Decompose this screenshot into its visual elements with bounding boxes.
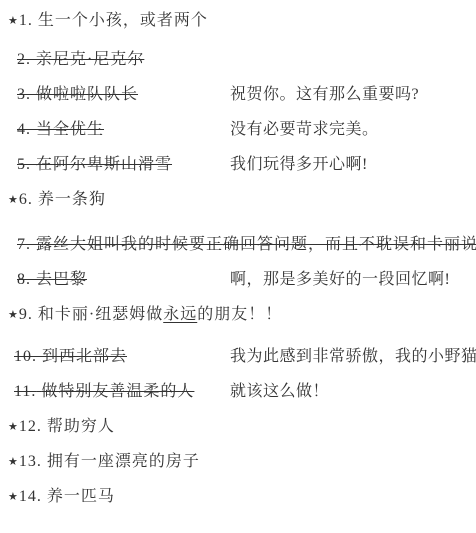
item-text: 在阿尔卑斯山滑雪 (36, 156, 172, 173)
list-item-entry: ★1. 生一个小孩，或者两个 (8, 12, 208, 29)
list-item: ★13. 拥有一座漂亮的房子 (8, 444, 476, 479)
list-item-entry: ★12. 帮助穷人 (8, 418, 115, 435)
list-item: 4. 当全优生 没有必要苛求完美。 (8, 112, 476, 147)
list-item-entry: 8. 去巴黎 (17, 271, 87, 288)
list-item: 10. 到西北部去 我为此感到非常骄傲，我的小野猫! (8, 339, 476, 374)
list-item: 5. 在阿尔卑斯山滑雪 我们玩得多开心啊! (8, 147, 476, 182)
star-icon: ★ (8, 456, 18, 468)
list-item-entry: 2. 亲尼克·尼克尔 (17, 51, 144, 68)
item-number: 7. (17, 236, 31, 253)
list-item: ★9. 和卡丽·纽瑟姆做永远的朋友！！ (8, 297, 476, 332)
star-icon: ★ (8, 15, 18, 27)
annotation-comment: 祝贺你。这有那么重要吗? (230, 77, 419, 112)
item-text-pre: 和卡丽·纽瑟姆做 (38, 306, 163, 323)
list-item: ★14. 养一匹马 (8, 479, 476, 514)
item-text: 去巴黎 (36, 271, 87, 288)
item-number: 13. (19, 453, 42, 470)
list-item-entry: 3. 做啦啦队队长 (17, 86, 138, 103)
annotation-comment: 没有必要苛求完美。 (230, 112, 379, 147)
item-text: 做特别友善温柔的人 (41, 383, 194, 400)
list-item: 2. 亲尼克·尼克尔 (8, 42, 476, 77)
item-text: 亲尼克·尼克尔 (36, 51, 144, 68)
item-number: 2. (17, 51, 31, 68)
item-text: 露丝大姐叫我的时候要正确回答问题，而且不耽误和卡丽说话 (36, 236, 476, 253)
item-number: 10. (14, 348, 37, 365)
item-number: 3. (17, 86, 31, 103)
item-text-underlined: 永远 (163, 306, 197, 323)
item-number: 6. (19, 191, 33, 208)
list-item-entry: 4. 当全优生 (17, 121, 104, 138)
item-text: 养一条狗 (38, 191, 106, 208)
item-text: 养一匹马 (47, 488, 115, 505)
star-icon: ★ (8, 491, 18, 503)
list-item-entry: 10. 到西北部去 (14, 348, 127, 365)
item-text: 帮助穷人 (47, 418, 115, 435)
annotation-comment: 啊，那是多美好的一段回忆啊! (230, 262, 450, 297)
list-item-entry: ★6. 养一条狗 (8, 191, 106, 208)
list-item-entry: 7. 露丝大姐叫我的时候要正确回答问题，而且不耽误和卡丽说话 (17, 236, 476, 253)
item-text: 生一个小孩，或者两个 (38, 12, 208, 29)
item-number: 9. (19, 306, 33, 323)
item-text: 当全优生 (36, 121, 104, 138)
item-number: 5. (17, 156, 31, 173)
list-item-entry: ★14. 养一匹马 (8, 488, 115, 505)
list-item-entry: ★13. 拥有一座漂亮的房子 (8, 453, 200, 470)
list-item: ★12. 帮助穷人 (8, 409, 476, 444)
list-item-entry: ★9. 和卡丽·纽瑟姆做永远的朋友！！ (8, 306, 282, 323)
annotation-comment: 我们玩得多开心啊! (230, 147, 368, 182)
item-number: 12. (19, 418, 42, 435)
item-text: 到西北部去 (42, 348, 127, 365)
star-icon: ★ (8, 194, 18, 206)
item-text: 做啦啦队队长 (36, 86, 138, 103)
item-number: 14. (19, 488, 42, 505)
item-text: 拥有一座漂亮的房子 (47, 453, 200, 470)
star-icon: ★ (8, 309, 18, 321)
list-item: ★6. 养一条狗 (8, 182, 476, 217)
book-page: ★1. 生一个小孩，或者两个 2. 亲尼克·尼克尔 3. 做啦啦队队长 祝贺你。… (0, 0, 476, 533)
annotation-comment: 我为此感到非常骄傲，我的小野猫! (230, 339, 476, 374)
star-icon: ★ (8, 421, 18, 433)
list-item-entry: 11. 做特别友善温柔的人 (14, 383, 194, 400)
item-number: 8. (17, 271, 31, 288)
annotation-comment: 就该这么做！ (230, 374, 329, 409)
list-item: 7. 露丝大姐叫我的时候要正确回答问题，而且不耽误和卡丽说话 (8, 227, 476, 262)
list-item: ★1. 生一个小孩，或者两个 (8, 3, 476, 38)
list-item: 8. 去巴黎 啊，那是多美好的一段回忆啊! (8, 262, 476, 297)
item-number: 4. (17, 121, 31, 138)
list-item-entry: 5. 在阿尔卑斯山滑雪 (17, 156, 172, 173)
list-item: 3. 做啦啦队队长 祝贺你。这有那么重要吗? (8, 77, 476, 112)
item-number: 1. (19, 12, 33, 29)
item-number: 11. (14, 383, 36, 400)
item-text-post: 的朋友！！ (197, 306, 282, 323)
list-item: 11. 做特别友善温柔的人 就该这么做！ (8, 374, 476, 409)
